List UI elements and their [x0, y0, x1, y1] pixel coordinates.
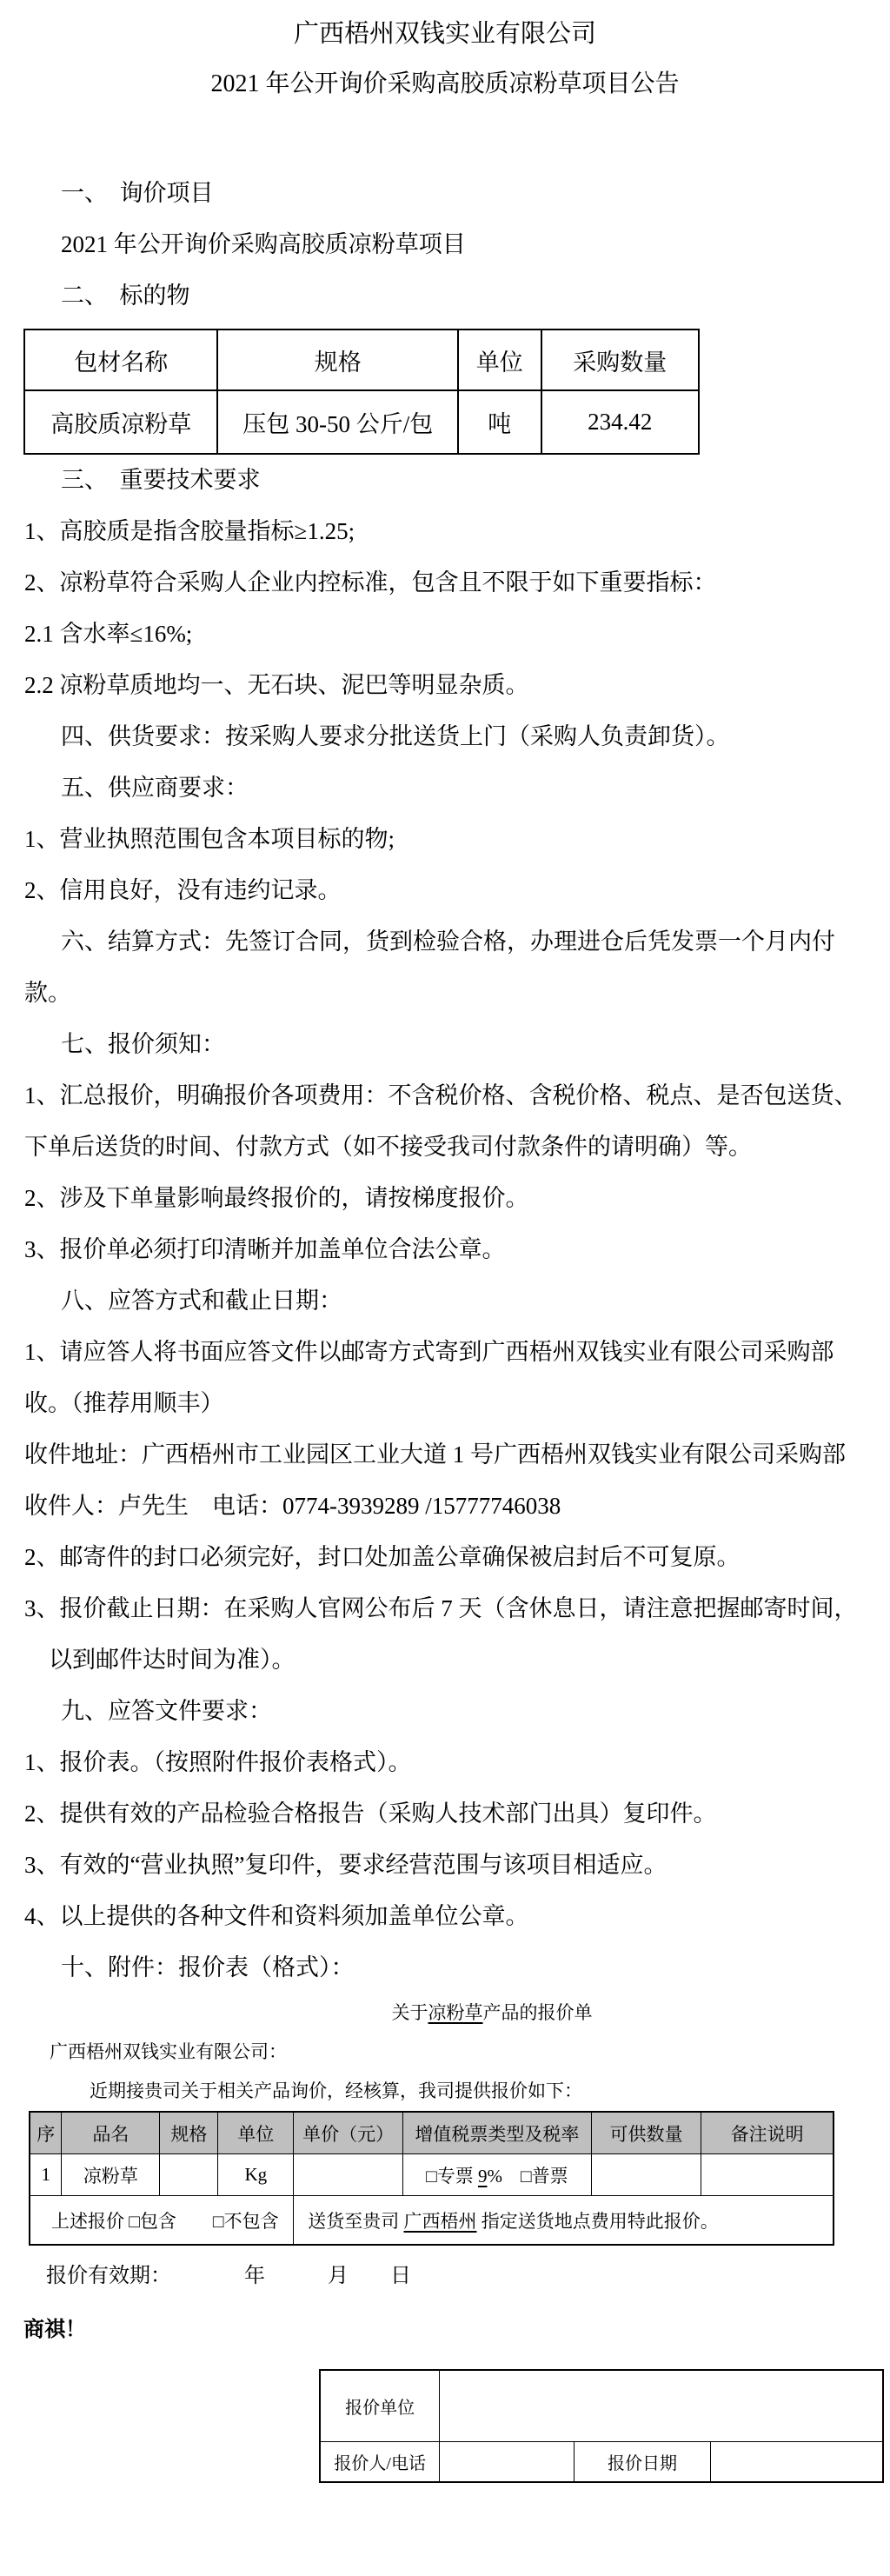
- para-business-license-scope: 1、营业执照范围包含本项目标的物;: [23, 814, 867, 865]
- para-recipient-phone: 收件人：卢先生 电话：0774-3939289 /15777746038: [23, 1481, 867, 1532]
- para-mail-response: 1、请应答人将书面应答文件以邮寄方式寄到广西梧州双钱实业有限公司采购部: [23, 1327, 867, 1378]
- para-internal-standards: 2、凉粉草符合采购人企业内控标准，包含且不限于如下重要指标：: [23, 557, 867, 609]
- heading-attachment: 十、附件：报价表（格式）：: [23, 1942, 867, 1994]
- quote-form-intro: 近期接贵司关于相关产品询价，经核算，我司提供报价如下：: [23, 2072, 867, 2111]
- para-settlement: 六、结算方式：先签订合同，货到检验合格，办理进仓后凭发票一个月内付: [23, 916, 867, 968]
- quote-header-tax-type: 增值税票类型及税率: [403, 2112, 592, 2154]
- quote-form-title-prefix: 关于: [392, 2002, 428, 2023]
- subject-quantity: 234.42: [541, 390, 699, 454]
- document-body: 一、 询价项目 2021 年公开询价采购高胶质凉粉草项目 二、 标的物 包材名称…: [0, 168, 890, 2483]
- quote-table: 序 品名 规格 单位 单价（元） 增值税票类型及税率 可供数量 备注说明 1 凉…: [29, 2111, 834, 2246]
- quote-item-notes: [701, 2154, 834, 2196]
- subject-header-material: 包材名称: [24, 329, 217, 390]
- freight-destination-suffix: 指定送货地点费用特此报价。: [477, 2211, 719, 2232]
- quote-date-value-cell: [711, 2442, 883, 2483]
- general-invoice-checkbox: % □普票: [488, 2166, 568, 2187]
- para-mail-response-cont: 收。（推荐用顺丰）: [23, 1378, 867, 1429]
- quote-header-notes: 备注说明: [701, 2112, 834, 2154]
- para-quote-form: 1、报价表。（按照附件报价表格式）。: [23, 1737, 867, 1788]
- para-moisture: 2.1 含水率≤16%;: [23, 609, 867, 660]
- quote-item-unit: Kg: [218, 2154, 294, 2196]
- quote-table-freight-row: 上述报价 □包含 □不包含 送货至贵司 广西梧州 指定送货地点费用特此报价。: [30, 2196, 834, 2246]
- para-supply-requirements: 四、供货要求：按采购人要求分批送货上门（采购人负责卸货）。: [23, 711, 867, 762]
- para-gel-index: 1、高胶质是指含胶量指标≥1.25;: [23, 506, 867, 557]
- company-title: 广西梧州双钱实业有限公司: [0, 0, 890, 52]
- freight-destination-prefix: 送货至贵司: [308, 2211, 403, 2232]
- quote-header-spec: 规格: [160, 2112, 218, 2154]
- text-project-name: 2021 年公开询价采购高胶质凉粉草项目: [23, 219, 867, 270]
- heading-supplier-requirements: 五、供应商要求：: [23, 762, 867, 814]
- subject-unit: 吨: [458, 390, 541, 454]
- heading-response-method-deadline: 八、应答方式和截止日期：: [23, 1275, 867, 1327]
- quote-unit-label: 报价单位: [320, 2370, 440, 2442]
- subject-header-quantity: 采购数量: [541, 329, 699, 390]
- quote-item-spec: [160, 2154, 218, 2196]
- para-seal-requirement: 2、邮寄件的封口必须完好，封口处加盖公章确保被启封后不可复原。: [23, 1532, 867, 1583]
- para-quote-fees-cont: 下单后送货的时间、付款方式（如不接受我司付款条件的请明确）等。: [23, 1122, 867, 1173]
- quote-date-label: 报价日期: [574, 2442, 711, 2483]
- para-quote-fees: 1、汇总报价，明确报价各项费用：不含税价格、含税价格、税点、是否包送货、: [23, 1070, 867, 1122]
- signature-contact-row: 报价人/电话 报价日期: [320, 2442, 883, 2483]
- quote-form-title: 关于凉粉草产品的报价单: [70, 1994, 890, 2033]
- para-deadline: 3、报价截止日期：在采购人官网公布后 7 天（含休息日，请注意把握邮寄时间，: [23, 1583, 867, 1634]
- para-mail-address: 收件地址：广西梧州市工业园区工业大道 1 号广西梧州双钱实业有限公司采购部: [23, 1429, 867, 1481]
- document-page: 广西梧州双钱实业有限公司 2021 年公开询价采购高胶质凉粉草项目公告 一、 询…: [0, 0, 890, 2576]
- subject-table: 包材名称 规格 单位 采购数量 高胶质凉粉草 压包 30-50 公斤/包 吨 2…: [23, 329, 700, 455]
- para-tier-quote: 2、涉及下单量影响最终报价的，请按梯度报价。: [23, 1173, 867, 1224]
- quote-form-title-suffix: 产品的报价单: [483, 2002, 593, 2023]
- subject-table-header-row: 包材名称 规格 单位 采购数量: [24, 329, 699, 390]
- quote-item-price: [294, 2154, 403, 2196]
- quote-header-price: 单价（元）: [294, 2112, 403, 2154]
- para-texture: 2.2 凉粉草质地均一、无石块、泥巴等明显杂质。: [23, 660, 867, 711]
- para-license-copy: 3、有效的“营业执照”复印件，要求经营范围与该项目相适应。: [23, 1840, 867, 1891]
- para-credit: 2、信用良好，没有违约记录。: [23, 865, 867, 916]
- quote-header-available-qty: 可供数量: [591, 2112, 701, 2154]
- freight-include-checkboxes: 上述报价 □包含 □不包含: [30, 2196, 294, 2246]
- quote-header-seq: 序: [30, 2112, 62, 2154]
- signature-table: 报价单位 报价人/电话 报价日期: [319, 2369, 884, 2483]
- quote-form-title-product: 凉粉草: [428, 2002, 483, 2023]
- quote-header-unit: 单位: [218, 2112, 294, 2154]
- quote-table-item-row: 1 凉粉草 Kg □专票 9% □普票: [30, 2154, 834, 2196]
- tax-rate-value: 9: [478, 2166, 488, 2187]
- subject-header-unit: 单位: [458, 329, 541, 390]
- heading-subject-matter: 二、 标的物: [23, 270, 867, 322]
- quote-contact-value-cell: [440, 2442, 574, 2483]
- quote-form-salutation: 广西梧州双钱实业有限公司：: [23, 2033, 867, 2072]
- heading-technical-requirements: 三、 重要技术要求: [23, 455, 867, 506]
- quote-item-seq: 1: [30, 2154, 62, 2196]
- heading-quotation-notes: 七、报价须知：: [23, 1019, 867, 1070]
- subject-spec: 压包 30-50 公斤/包: [217, 390, 458, 454]
- quote-header-name: 品名: [62, 2112, 160, 2154]
- quote-validity-line: 报价有效期： 年 月 日: [23, 2257, 867, 2296]
- heading-response-docs: 九、应答文件要求：: [23, 1686, 867, 1737]
- special-invoice-checkbox: □专票: [426, 2166, 478, 2187]
- heading-inquiry-project: 一、 询价项目: [23, 168, 867, 219]
- freight-destination-city: 广西梧州: [404, 2211, 477, 2232]
- quote-contact-label: 报价人/电话: [320, 2442, 440, 2483]
- subject-header-spec: 规格: [217, 329, 458, 390]
- announcement-title: 2021 年公开询价采购高胶质凉粉草项目公告: [0, 66, 890, 103]
- quote-table-header-row: 序 品名 规格 单位 单价（元） 增值税票类型及税率 可供数量 备注说明: [30, 2112, 834, 2154]
- subject-table-data-row: 高胶质凉粉草 压包 30-50 公斤/包 吨 234.42: [24, 390, 699, 454]
- para-stamp-requirement: 4、以上提供的各种文件和资料须加盖单位公章。: [23, 1891, 867, 1942]
- signature-unit-row: 报价单位: [320, 2370, 883, 2442]
- freight-destination: 送货至贵司 广西梧州 指定送货地点费用特此报价。: [294, 2196, 834, 2246]
- quote-item-name: 凉粉草: [62, 2154, 160, 2196]
- para-deadline-cont: 以到邮件达时间为准）。: [23, 1634, 867, 1686]
- regards-line: 商祺！: [23, 2311, 867, 2350]
- quote-unit-value-cell: [440, 2370, 883, 2442]
- quote-item-tax-options: □专票 9% □普票: [403, 2154, 592, 2196]
- quote-item-available-qty: [591, 2154, 701, 2196]
- para-quote-print: 3、报价单必须打印清晰并加盖单位合法公章。: [23, 1224, 867, 1275]
- para-settlement-cont: 款。: [23, 968, 867, 1019]
- subject-material: 高胶质凉粉草: [24, 390, 217, 454]
- para-inspection-report: 2、提供有效的产品检验合格报告（采购人技术部门出具）复印件。: [23, 1788, 867, 1840]
